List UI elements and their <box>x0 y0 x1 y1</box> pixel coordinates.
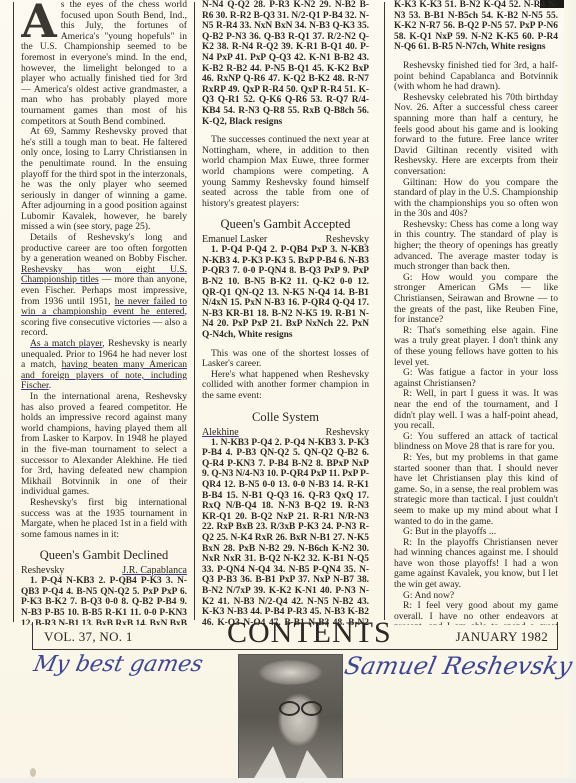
drop-cap: A <box>21 2 57 40</box>
game-moves-continued: N-N4 Q-Q2 28. P-R3 K-N2 29. N-B2 B-R6 30… <box>202 0 369 127</box>
interview-paragraph: G: Was fatigue a factor in your loss aga… <box>394 368 558 389</box>
interview-paragraph: Reshevsky celebrated his 70th birthday N… <box>394 93 558 178</box>
game-players: Emanuel Lasker Reshevsky <box>202 234 369 245</box>
paragraph: The successes continued the next year at… <box>202 135 369 209</box>
interview-paragraph: G: You suffered an attack of tactical bl… <box>394 432 558 453</box>
contents-header: VOL. 37, NO. 1 CONTENTS JANUARY 1982 <box>32 622 558 650</box>
game-moves: 1. P-Q4 N-KB3 2. P-QB4 P-K3 3. N-QB3 P-Q… <box>21 576 187 625</box>
interview-paragraph: Reshevsky: Chess has come a long way in … <box>394 220 558 273</box>
column-rule <box>194 2 195 620</box>
game-moves-continued: K-K3 K-K3 51. B-N2 K-Q4 52. N-R4 N-N3 53… <box>394 0 558 53</box>
paragraph: Details of Reshevsky's long and producti… <box>21 233 187 339</box>
paragraph: At 69, Sammy Reshevsky proved that he's … <box>21 127 187 233</box>
interview-paragraph: R: That's something else again. Fine was… <box>394 326 558 368</box>
white-player: Reshevsky <box>21 565 64 576</box>
glasses-detail <box>279 701 323 713</box>
game-title: Colle System <box>202 410 369 425</box>
handwritten-signature: Samuel Reshevsky <box>342 652 575 680</box>
game-moves: 1. P-Q4 P-Q4 2. P-QB4 PxP 3. N-KB3 N-KB3… <box>202 245 369 340</box>
column-rule <box>384 2 385 620</box>
game-title: Queen's Gambit Declined <box>21 548 187 563</box>
issue-date: JANUARY 1982 <box>456 629 548 645</box>
paragraph: As the eyes of the chess world focused u… <box>21 0 187 127</box>
white-player: Emanuel Lasker <box>202 234 267 245</box>
paragraph: In the international arena, Reshevsky ha… <box>21 392 187 498</box>
paragraph: This was one of the shortest losses of L… <box>202 349 369 370</box>
white-player: Alekhine <box>202 427 239 438</box>
paragraph: As a match player, Reshevsky is nearly u… <box>21 339 187 392</box>
interview-paragraph: R: Yes, but my problems in that game sta… <box>394 453 558 527</box>
black-player: J.R. Capablanca <box>122 565 187 576</box>
page-edge <box>0 778 576 783</box>
paper-stain <box>30 768 36 777</box>
contents-title: CONTENTS <box>227 616 392 650</box>
handwritten-underline: As a match player <box>30 338 102 349</box>
interview: Reshevsky finished tied for 3rd, a half-… <box>394 61 558 625</box>
column-rule <box>13 2 14 622</box>
handwritten-inscription: My best games <box>31 652 205 677</box>
interview-paragraph: R: Well, in part I guess it was. It was … <box>394 389 558 431</box>
game-players: Alekhine Reshevsky <box>202 427 369 438</box>
game-players: Reshevsky J.R. Capablanca <box>21 565 187 576</box>
interview-paragraph: Giltinan: How do you compare the standar… <box>394 178 558 220</box>
article-column-3: K-K3 K-K3 51. B-N2 K-Q4 52. N-R4 N-N3 53… <box>394 0 558 625</box>
article-intro: As the eyes of the chess world focused u… <box>21 0 187 540</box>
game-moves: 1. N-KB3 P-Q4 2. P-Q4 N-KB3 3. P-K3 P-B4… <box>202 438 369 625</box>
black-player: Reshevsky <box>326 234 369 245</box>
article-column-1: As the eyes of the chess world focused u… <box>21 0 187 625</box>
game-title: Queen's Gambit Accepted <box>202 217 369 232</box>
interview-paragraph: R: In the playoffs Christiansen never ha… <box>394 538 558 591</box>
article-column-2: N-N4 Q-Q2 28. P-R3 K-N2 29. N-B2 B-R6 30… <box>202 0 369 625</box>
interview-paragraph: G: How would you compare the stronger Am… <box>394 273 558 326</box>
portrait-photo <box>238 654 343 781</box>
volume-number: VOL. 37, NO. 1 <box>44 629 133 645</box>
paragraph: Here's what happened when Reshevsky coll… <box>202 370 369 402</box>
paragraph: Reshevsky's first big international succ… <box>21 498 187 540</box>
black-player: Reshevsky <box>326 427 369 438</box>
interview-paragraph: Reshevsky finished tied for 3rd, a half-… <box>394 61 558 93</box>
magazine-page: As the eyes of the chess world focused u… <box>0 0 576 783</box>
